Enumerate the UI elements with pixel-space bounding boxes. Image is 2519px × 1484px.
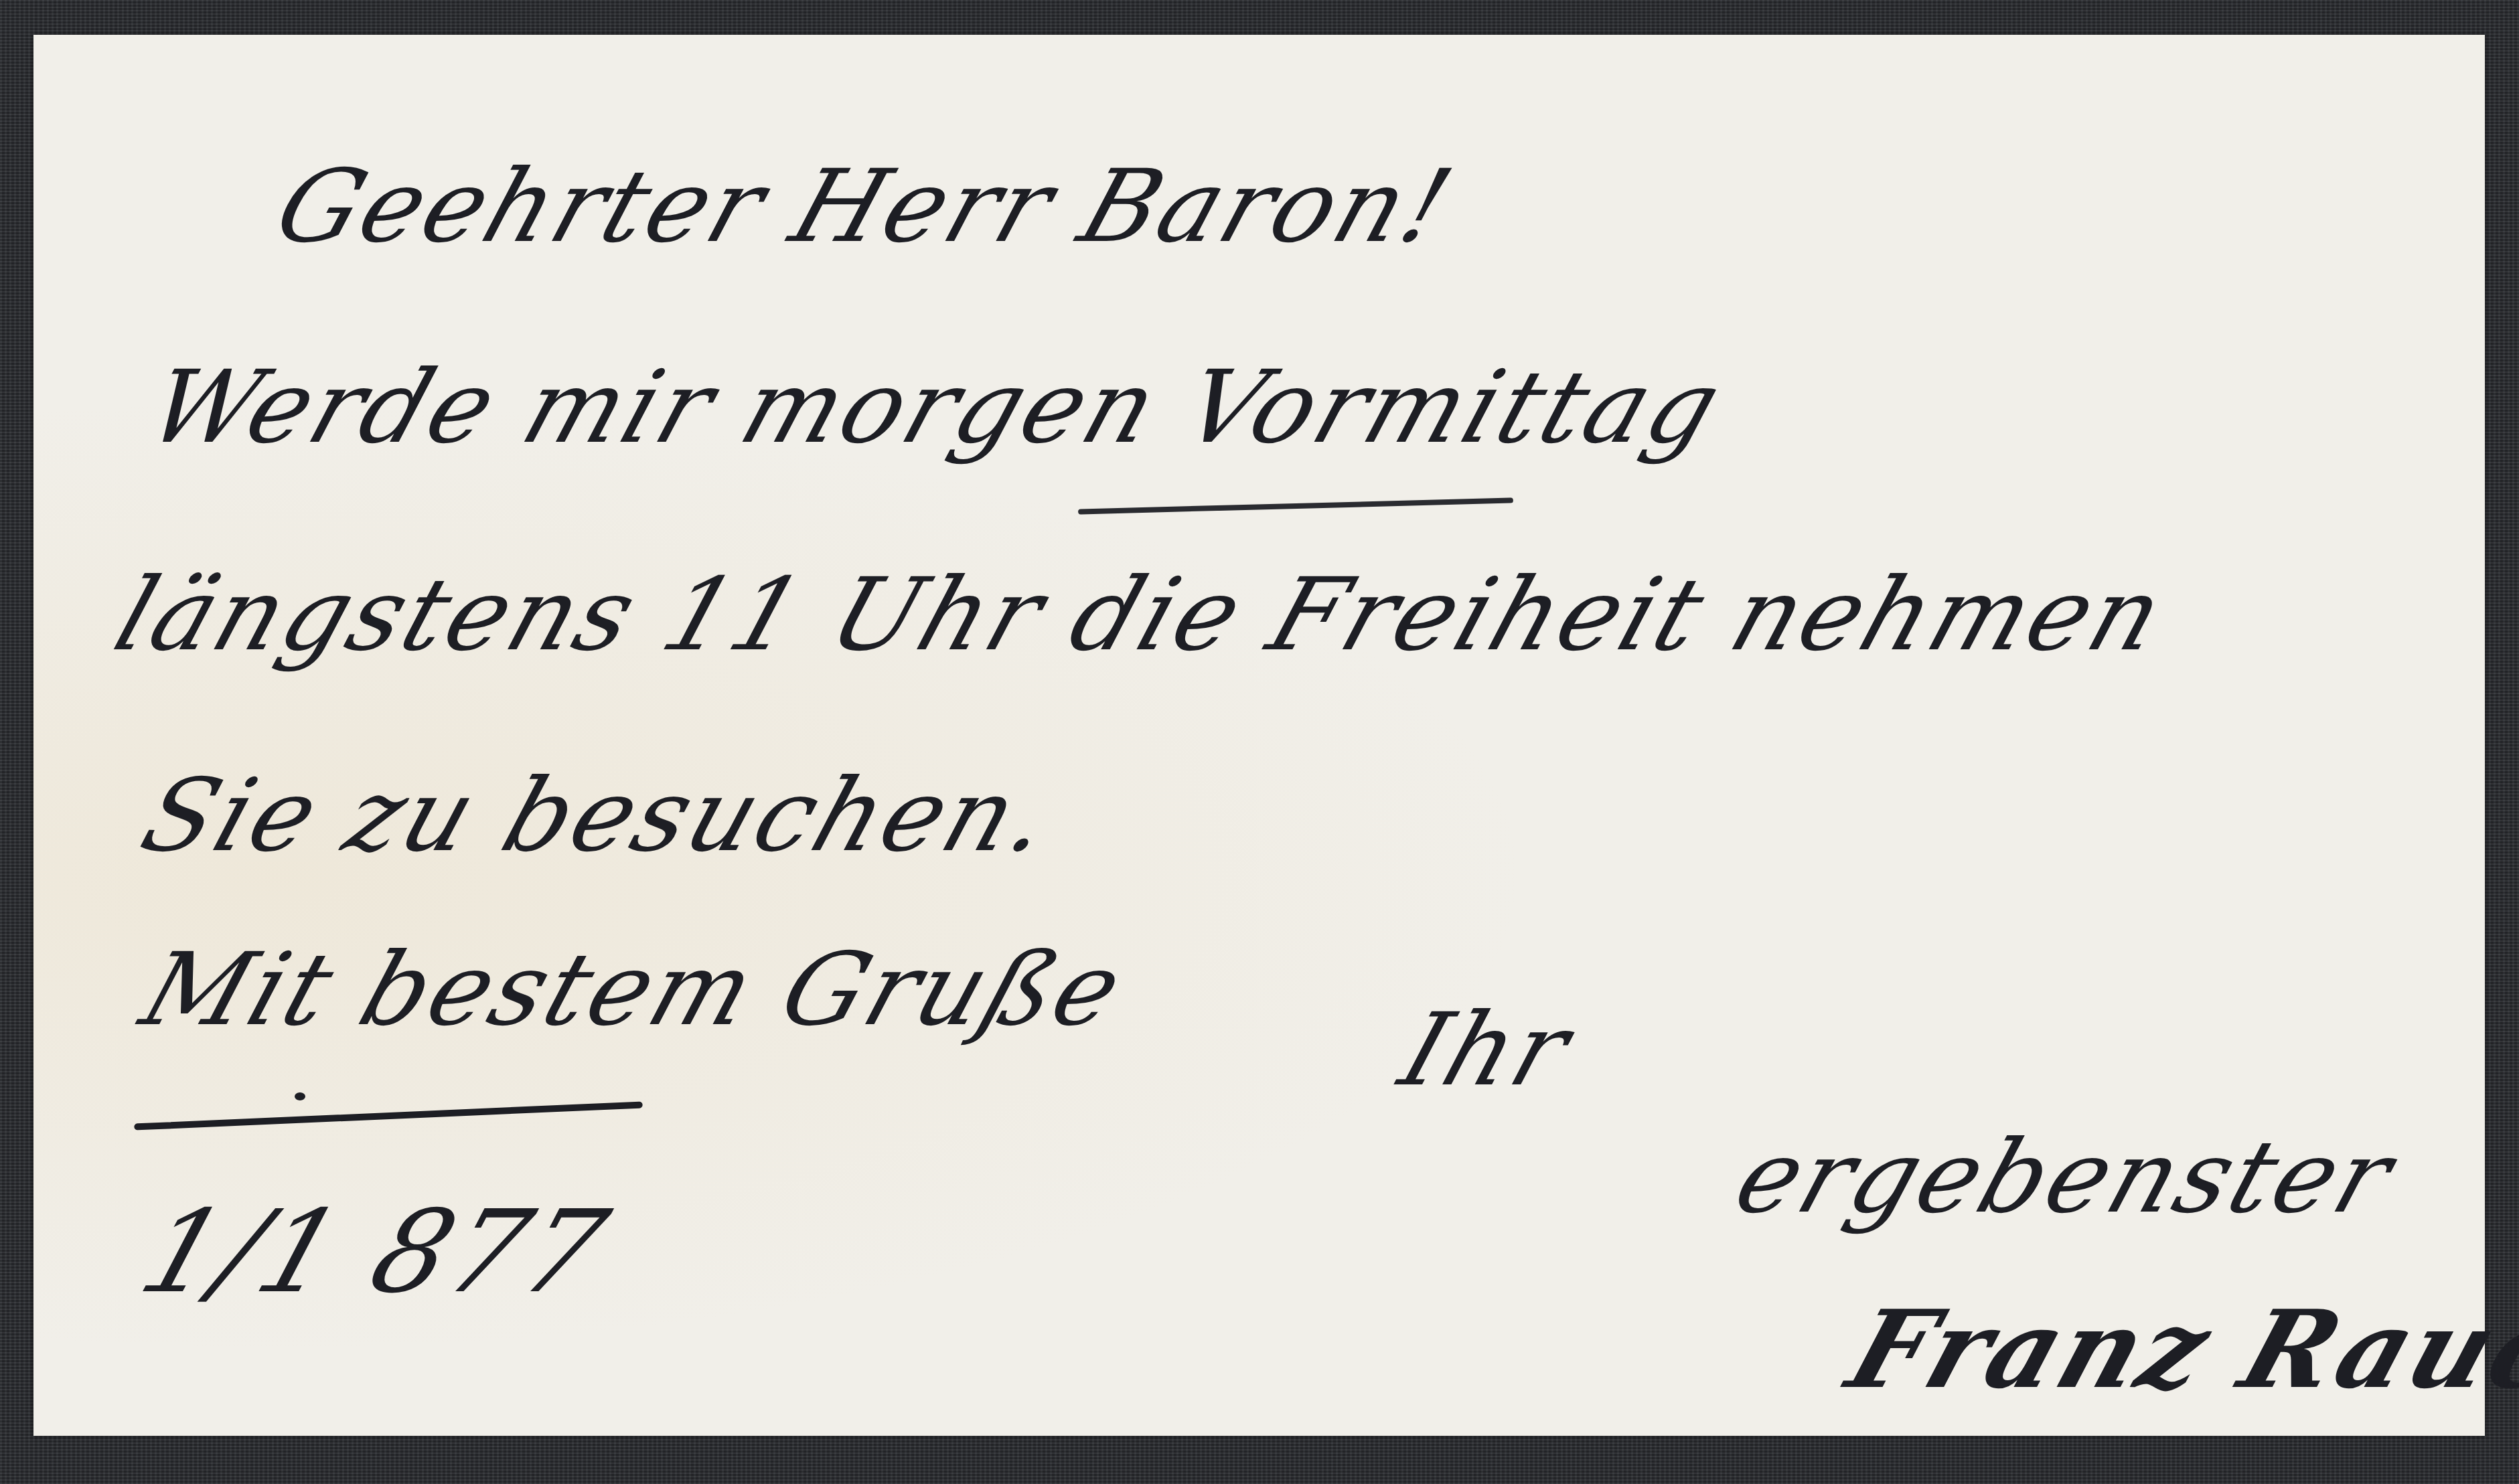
salutation: Geehrter Herr Baron! xyxy=(262,149,1468,265)
underline-morgen xyxy=(1078,497,1513,514)
closing: Mit bestem Gruße xyxy=(129,932,1138,1048)
body-line-3: Sie zu besuchen. xyxy=(129,758,1068,874)
ink-dot xyxy=(295,1092,305,1100)
complimentary-ihr: Ihr xyxy=(1387,992,1586,1108)
body-line-1: Werde mir morgen Vormittag xyxy=(135,349,1736,466)
complimentary-ergebenster: ergebenster xyxy=(1722,1119,2409,1236)
underline-flourish xyxy=(134,1101,643,1130)
note-card: Geehrter Herr Baron! Werde mir morgen Vo… xyxy=(33,35,2485,1436)
body-line-2: längstens 11 Uhr die Freiheit nehmen xyxy=(102,557,2180,673)
signature: Franz Rauch xyxy=(1834,1287,2519,1412)
date: 1/1 877 xyxy=(126,1186,624,1319)
